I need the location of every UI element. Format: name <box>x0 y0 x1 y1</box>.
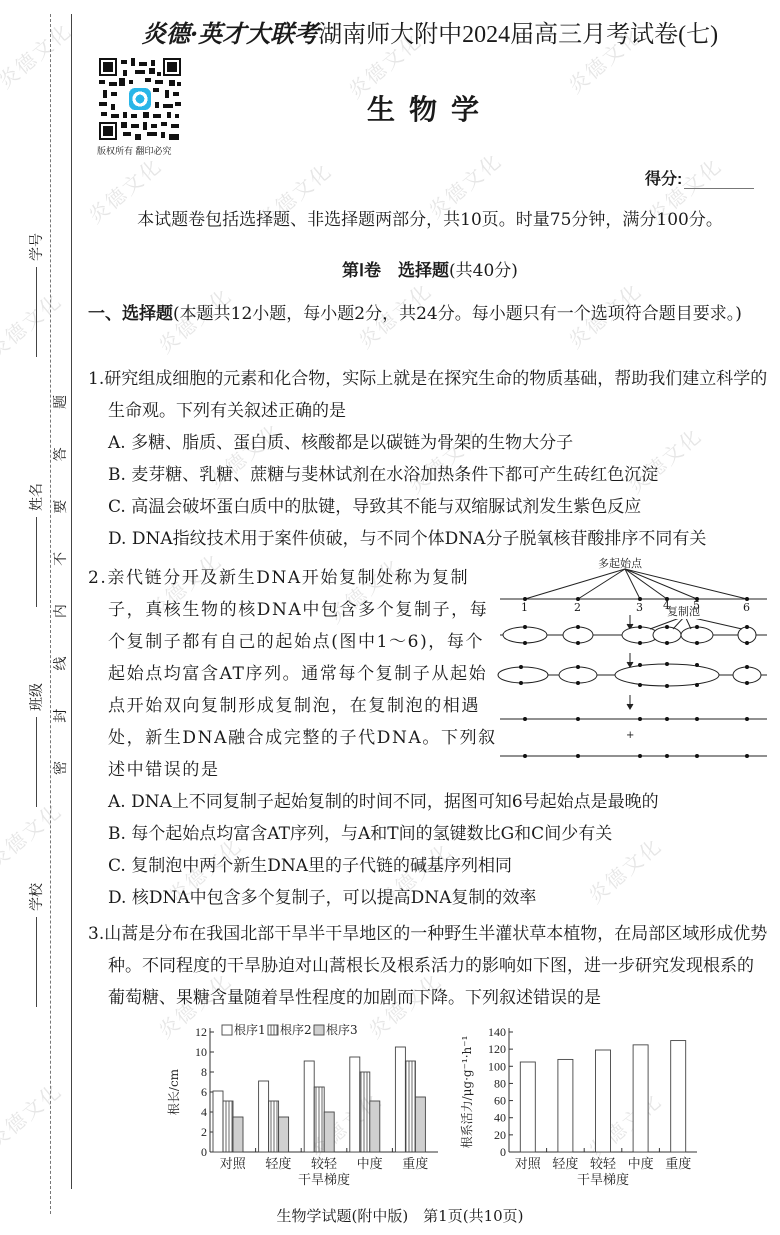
class-blank[interactable] <box>36 717 37 807</box>
student-id-field[interactable]: 学号 <box>16 220 56 370</box>
svg-text:干旱梯度: 干旱梯度 <box>577 1172 629 1188</box>
seal-char: 题 <box>50 395 70 409</box>
svg-text:10: 10 <box>195 1045 207 1059</box>
exam-instructions: 本试题卷包括选择题、非选择题两部分，共10页。时量75分钟，满分100分。 <box>90 205 770 230</box>
option-b[interactable]: B. 每个起始点均富含AT序列，与A和T间的氢键数比G和C间少有关 <box>88 818 770 850</box>
option-a[interactable]: A. DNA上不同复制子起始复制的时间不同，据图可知6号起始点是最晚的 <box>88 786 770 818</box>
question-text: 山蒿是分布在我国北部干旱半干旱地区的一种野生半灌状草本植物，在局部区域形成优势种… <box>104 924 767 1008</box>
svg-text:8: 8 <box>201 1065 207 1079</box>
qr-code-icon[interactable] <box>99 58 181 140</box>
svg-text:根序2: 根序2 <box>280 1022 312 1037</box>
question-2-stem: 2.亲代链分开及新生DNA开始复制处称为复制子，真核生物的核DNA中包含多个复制… <box>88 562 498 786</box>
part-heading-bold: 一、选择题 <box>88 304 173 323</box>
question-stem: 3.山蒿是分布在我国北部干旱半干旱地区的一种野生半灌状草本植物，在局部区域形成优… <box>88 918 770 1014</box>
seal-char: 密 <box>50 761 70 775</box>
option-d[interactable]: D. DNA指纹技术用于案件侦破，与不同个体DNA分子脱氧核苷酸排序不同有关 <box>88 523 770 555</box>
section-title: 第Ⅰ卷 选择题(共40分) <box>90 256 770 281</box>
svg-text:干旱梯度: 干旱梯度 <box>298 1172 350 1188</box>
watermark: 炎德文化 <box>0 1075 67 1154</box>
question-number: 3. <box>88 924 104 944</box>
svg-text:轻度: 轻度 <box>552 1156 578 1172</box>
seal-char: 线 <box>50 656 70 670</box>
class-label: 班级 <box>26 683 46 711</box>
svg-text:0: 0 <box>500 1145 506 1159</box>
svg-text:80: 80 <box>494 1076 506 1090</box>
seal-notice: 密 封 线 内 不 要 答 题 <box>50 395 70 775</box>
replication-diagram: 多起始点 复制泡 1 2 3 4 5 6 + <box>495 555 770 770</box>
svg-text:0: 0 <box>201 1145 207 1159</box>
seal-char: 不 <box>50 552 70 566</box>
question-3: 3.山蒿是分布在我国北部干旱半干旱地区的一种野生半灌状草本植物，在局部区域形成优… <box>88 918 770 1014</box>
question-number: 2. <box>88 568 107 588</box>
subject-title: 生物学 <box>340 88 520 128</box>
root-length-chart: 024681012对照轻度较轻中度重度干旱梯度根长/cm根序1根序2根序3 <box>162 1022 452 1192</box>
svg-text:6: 6 <box>201 1085 207 1099</box>
name-blank[interactable] <box>36 517 37 607</box>
svg-text:20: 20 <box>494 1128 506 1142</box>
svg-text:4: 4 <box>201 1105 207 1119</box>
option-d[interactable]: D. 核DNA中包含多个复制子，可以提高DNA复制的效率 <box>88 882 770 914</box>
svg-text:根长/cm: 根长/cm <box>166 1068 181 1115</box>
svg-text:较轻: 较轻 <box>311 1157 338 1172</box>
svg-text:100: 100 <box>488 1059 506 1073</box>
student-id-blank[interactable] <box>36 267 37 357</box>
origin-number: 1 <box>521 601 528 614</box>
part-heading-rest: (本题共12小题，每小题2分，共24分。每小题只有一个选项符合题目要求。) <box>173 304 742 324</box>
svg-text:60: 60 <box>494 1094 506 1108</box>
origin-number: 6 <box>743 601 750 614</box>
svg-text:根序1: 根序1 <box>234 1022 266 1037</box>
svg-text:12: 12 <box>195 1025 207 1039</box>
svg-text:对照: 对照 <box>515 1156 542 1172</box>
page-footer: 生物学试题(附中版) 第1页(共10页) <box>200 1205 600 1226</box>
svg-text:120: 120 <box>488 1042 506 1056</box>
seal-char: 答 <box>50 447 70 461</box>
question-stem: 1.研究组成细胞的元素和化合物，实际上就是在探究生命的物质基础，帮助我们建立科学… <box>88 363 770 427</box>
qr-caption: 版权所有 翻印必究 <box>97 144 172 157</box>
origin-number: 3 <box>636 601 643 614</box>
exam-title: 炎德·英才大联考湖南师大附中2024届高三月考试卷(七) <box>90 14 770 49</box>
score-blank[interactable] <box>684 171 754 189</box>
seal-char: 要 <box>50 500 70 514</box>
option-a[interactable]: A. 多糖、脂质、蛋白质、核酸都是以碳链为骨架的生物大分子 <box>88 427 770 459</box>
root-activity-chart: 020406080100120140对照轻度较轻中度重度干旱梯度根系活力/μg·… <box>457 1022 707 1192</box>
school-blank[interactable] <box>36 917 37 1007</box>
svg-text:中度: 中度 <box>357 1156 383 1172</box>
option-b[interactable]: B. 麦芽糖、乳糖、蔗糖与斐林试剂在水浴加热条件下都可产生砖红色沉淀 <box>88 459 770 491</box>
svg-text:重度: 重度 <box>665 1156 691 1172</box>
svg-text:较轻: 较轻 <box>590 1157 617 1172</box>
section-title-points: (共40分) <box>449 261 518 281</box>
origin-number: 5 <box>693 599 700 612</box>
plus-sign: + <box>626 730 634 741</box>
question-number: 1. <box>88 369 104 389</box>
school-field[interactable]: 学校 <box>16 870 56 1020</box>
svg-text:中度: 中度 <box>628 1156 654 1172</box>
origin-number: 4 <box>663 599 670 612</box>
name-label: 姓名 <box>26 483 46 511</box>
svg-text:重度: 重度 <box>402 1156 428 1172</box>
svg-text:对照: 对照 <box>220 1156 247 1172</box>
score-label: 得分: <box>645 166 682 189</box>
svg-text:轻度: 轻度 <box>265 1156 291 1172</box>
svg-text:2: 2 <box>201 1125 207 1139</box>
watermark: 炎德文化 <box>0 15 77 94</box>
origin-number: 2 <box>574 601 581 614</box>
svg-text:140: 140 <box>488 1025 506 1039</box>
part-heading: 一、选择题(本题共12小题，每小题2分，共24分。每小题只有一个选项符合题目要求… <box>88 298 770 330</box>
origins-label: 多起始点 <box>598 555 642 571</box>
question-text: 研究组成细胞的元素和化合物，实际上就是在探究生命的物质基础，帮助我们建立科学的生… <box>104 369 767 421</box>
school-label: 学校 <box>26 883 46 911</box>
exam-title-rest: 湖南师大附中2024届高三月考试卷(七) <box>318 22 718 48</box>
question-text: 亲代链分开及新生DNA开始复制处称为复制子，真核生物的核DNA中包含多个复制子，… <box>107 568 496 780</box>
exam-brand: 炎德·英才大联考 <box>142 19 318 48</box>
seal-char: 封 <box>50 709 70 723</box>
svg-text:40: 40 <box>494 1111 506 1125</box>
margin-solid-line <box>71 14 72 1189</box>
score-field[interactable]: 得分: <box>645 166 754 189</box>
option-c[interactable]: C. 复制泡中两个新生DNA里的子代链的碱基序列相同 <box>88 850 770 882</box>
svg-text:根序3: 根序3 <box>326 1022 358 1037</box>
question-2-options: A. DNA上不同复制子起始复制的时间不同，据图可知6号起始点是最晚的 B. 每… <box>88 786 770 914</box>
seal-char: 内 <box>50 604 70 618</box>
student-id-label: 学号 <box>26 233 46 261</box>
svg-text:根系活力/μg·g⁻¹·h⁻¹: 根系活力/μg·g⁻¹·h⁻¹ <box>459 1036 474 1149</box>
question-1: 1.研究组成细胞的元素和化合物，实际上就是在探究生命的物质基础，帮助我们建立科学… <box>88 363 770 555</box>
section-title-bold: 第Ⅰ卷 选择题 <box>342 261 449 280</box>
option-c[interactable]: C. 高温会破坏蛋白质中的肽键，导致其不能与双缩脲试剂发生紫色反应 <box>88 491 770 523</box>
